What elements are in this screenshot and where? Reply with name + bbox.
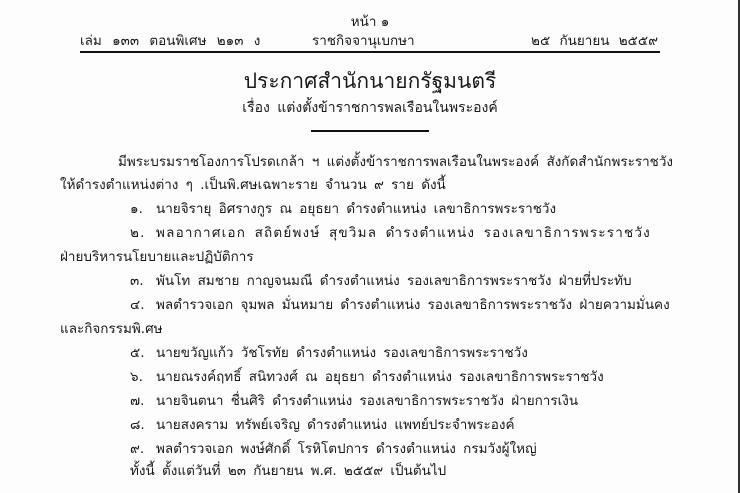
intro-paragraph-line-1: มีพระบรมราชโองการโปรดเกล้า ฯ แต่งตั้งข้า… (118, 150, 673, 172)
item-text: นายขวัญแก้ว วัชโรทัย ดำรงตำแหน่ง รองเลขา… (156, 345, 528, 361)
list-item-6: ๖.นายณรงค์ฤทธิ์ สนิทวงศ์ ณ อยุธยา ดำรงตำ… (130, 365, 604, 387)
closing-statement: ทั้งนี้ ตั้งแต่วันที่ ๒๓ กันยายน พ.ศ. ๒๕… (130, 459, 446, 481)
volume-issue: เล่ม ๑๓๓ ตอนพิเศษ ๒๑๓ ง (80, 29, 260, 51)
item-number: ๒. (130, 221, 156, 243)
header-divider (80, 51, 660, 53)
intro-paragraph-line-2: ให้ดำรงตำแหน่งต่าง ๆ .เป็นพิ.ศษเฉพาะราย … (60, 173, 446, 195)
item-number: ๔. (130, 293, 156, 315)
item-number: ๖. (130, 365, 156, 387)
list-item-4-continuation: และกิจกรรมพิ.ศษ (60, 317, 163, 339)
item-text: นายจิรายุ อิศรางกูร ณ อยุธยา ดำรงตำแหน่ง… (156, 201, 556, 217)
gazette-header: เล่ม ๑๓๓ ตอนพิเศษ ๒๑๓ ง ราชกิจจานุเบกษา … (80, 29, 658, 49)
item-number: ๕. (130, 341, 156, 363)
list-item-4: ๔.พลตำรวจเอก จุมพล มั่นหมาย ดำรงตำแหน่ง … (130, 293, 670, 315)
item-number: ๗. (130, 389, 156, 411)
item-text: พลตำรวจเอก พงษ์ศักดิ์ โรหิโตปการ ดำรงตำแ… (156, 441, 537, 457)
item-text: นายจินตนา ชื่นศิริ ดำรงตำแหน่ง รองเลขาธิ… (156, 393, 578, 409)
publication-date: ๒๕ กันยายน ๒๕๕๙ (531, 29, 658, 51)
publication-name: ราชกิจจานุเบกษา (312, 29, 415, 51)
list-item-9: ๙.พลตำรวจเอก พงษ์ศักดิ์ โรหิโตปการ ดำรงต… (130, 437, 537, 459)
item-text: นายณรงค์ฤทธิ์ สนิทวงศ์ ณ อยุธยา ดำรงตำแห… (156, 369, 604, 385)
list-item-2: ๒.พลอากาศเอก สถิตย์พงษ์ สุขวิมล ดำรงตำแห… (130, 221, 651, 243)
list-item-5: ๕.นายขวัญแก้ว วัชโรทัย ดำรงตำแหน่ง รองเล… (130, 341, 528, 363)
list-item-1: ๑.นายจิรายุ อิศรางกูร ณ อยุธยา ดำรงตำแหน… (130, 197, 556, 219)
item-text: นายสงคราม ทรัพย์เจริญ ดำรงตำแหน่ง แพทย์ป… (156, 417, 514, 433)
item-text: พลอากาศเอก สถิตย์พงษ์ สุขวิมล ดำรงตำแหน่… (156, 225, 651, 241)
list-item-3: ๓.พันโท สมชาย กาญจนมณี ดำรงตำแหน่ง รองเล… (130, 269, 632, 291)
item-number: ๓. (130, 269, 156, 291)
list-item-7: ๗.นายจินตนา ชื่นศิริ ดำรงตำแหน่ง รองเลขา… (130, 389, 578, 411)
item-number: ๑. (130, 197, 156, 219)
item-number: ๙. (130, 437, 156, 459)
item-number: ๘. (130, 413, 156, 435)
announcement-subject: เรื่อง แต่งตั้งข้าราชการพลเรือนในพระองค์ (0, 97, 740, 119)
list-item-8: ๘.นายสงคราม ทรัพย์เจริญ ดำรงตำแหน่ง แพทย… (130, 413, 514, 435)
item-text: พลตำรวจเอก จุมพล มั่นหมาย ดำรงตำแหน่ง รอ… (156, 297, 670, 313)
title-divider (311, 130, 429, 132)
announcement-title: ประกาศสำนักนายกรัฐมนตรี (0, 65, 740, 98)
list-item-2-continuation: ฝ่ายบริหารนโยบายและปฏิบัติการ (60, 245, 254, 267)
item-text: พันโท สมชาย กาญจนมณี ดำรงตำแหน่ง รองเลขา… (156, 273, 632, 289)
